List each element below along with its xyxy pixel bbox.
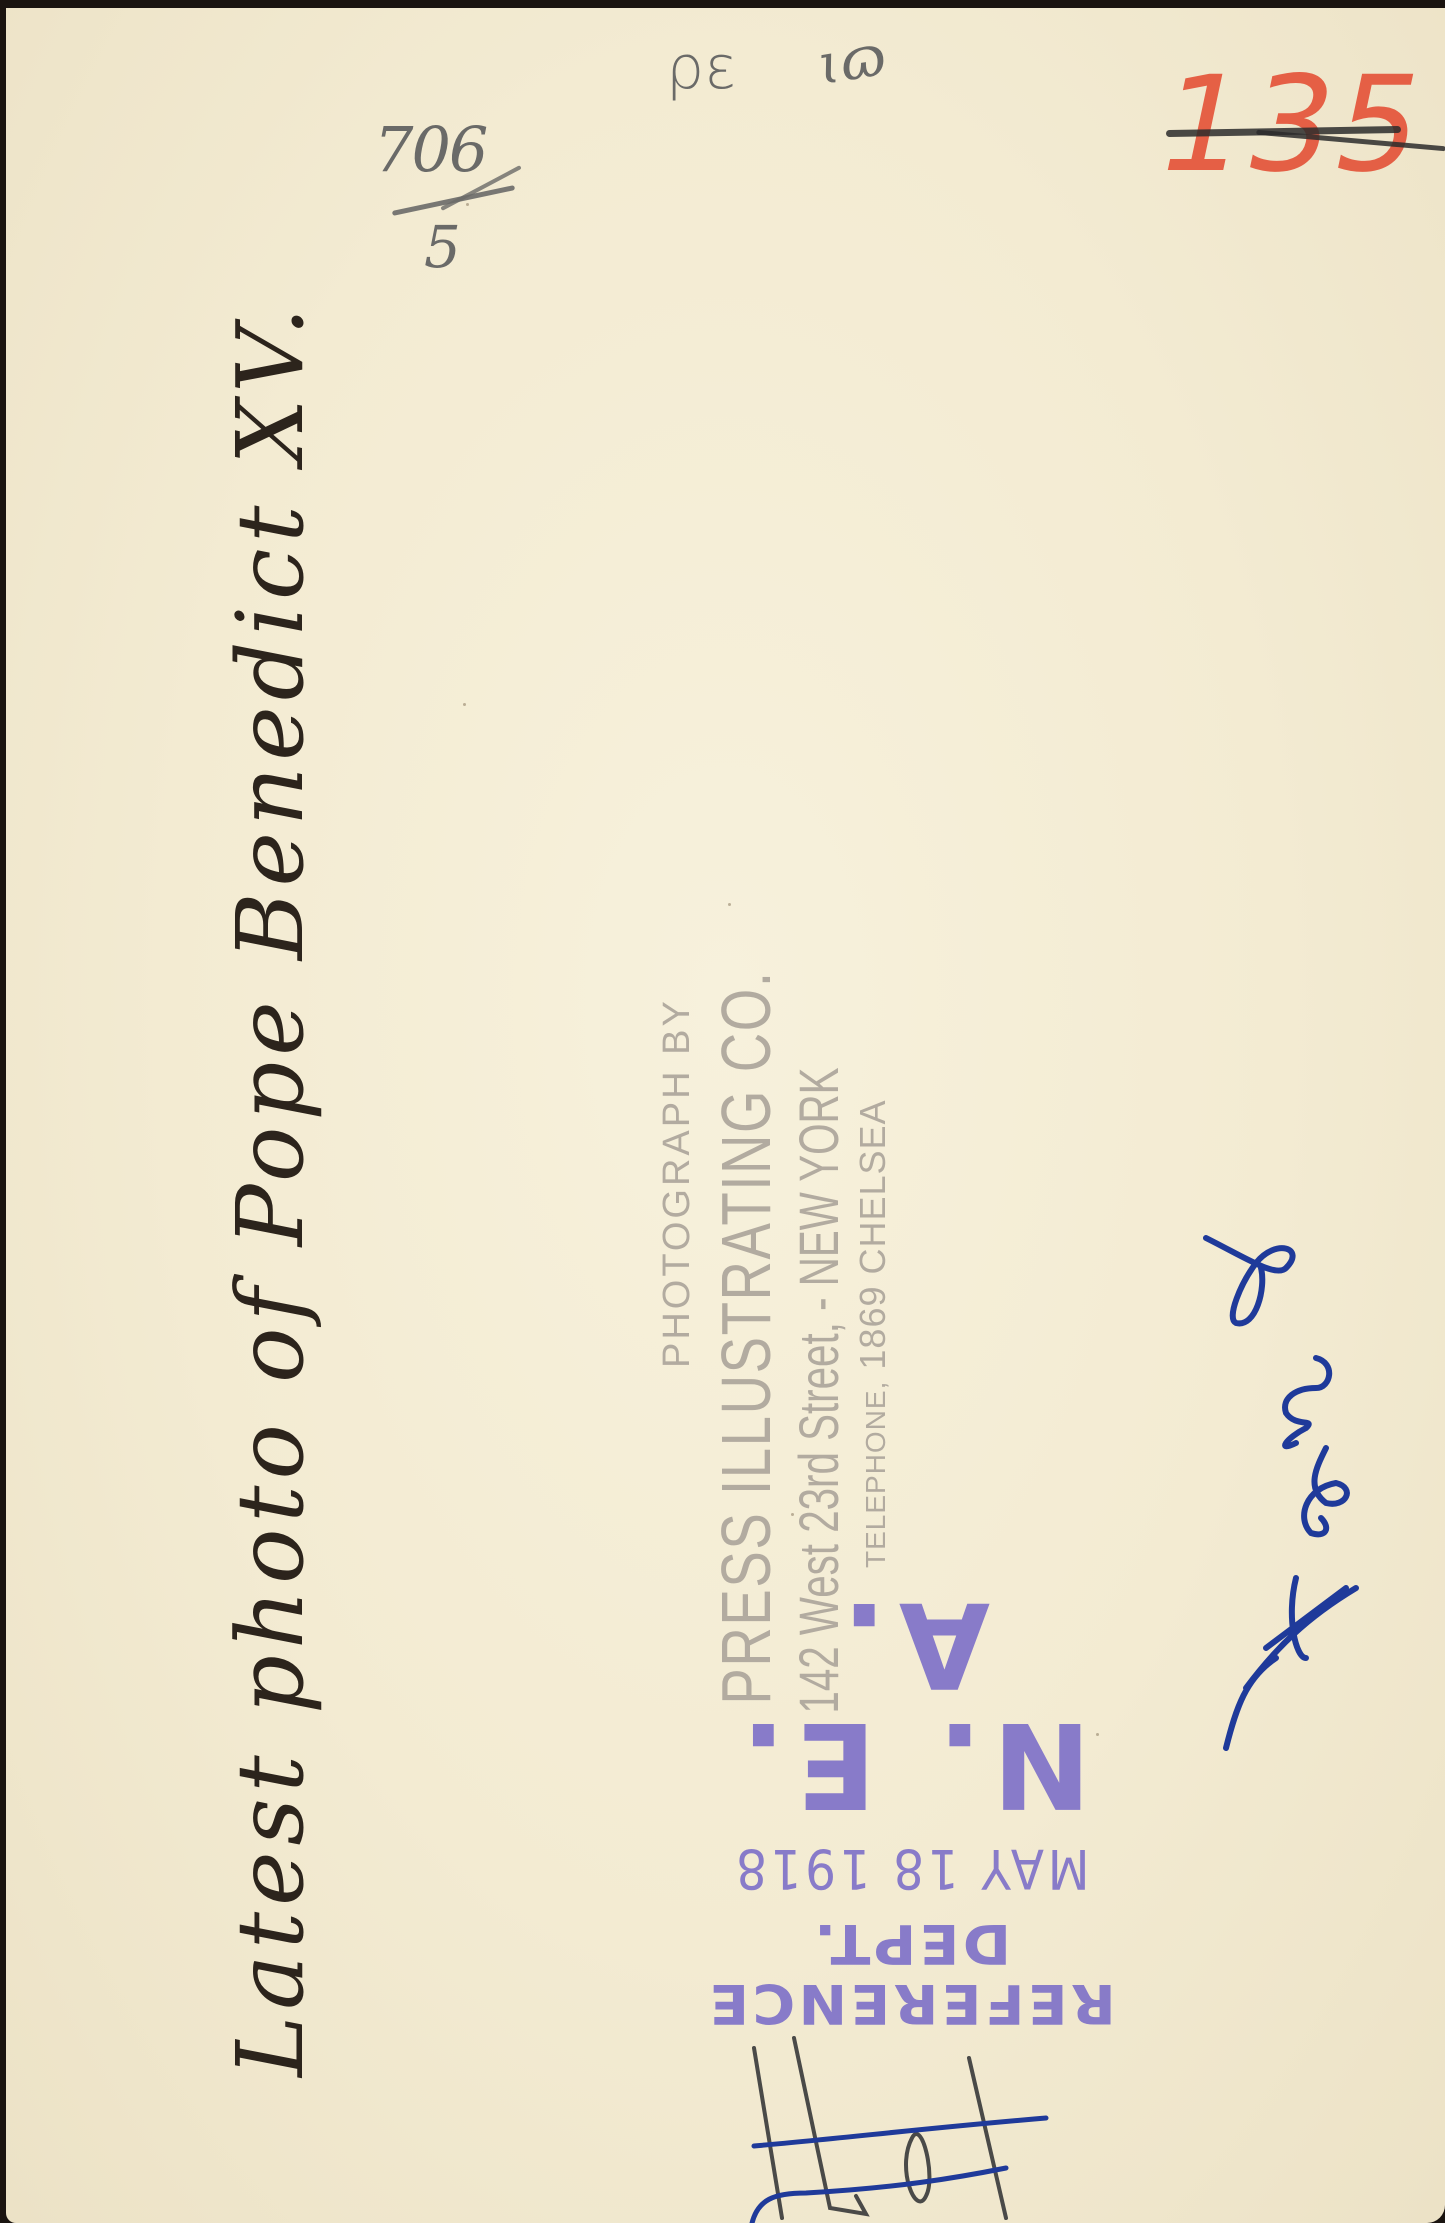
stamp-telephone-number: 1869 CHELSEA [852, 1099, 893, 1369]
stamp-telephone-label: Telephone, [860, 1381, 891, 1568]
paper-speck [466, 203, 469, 206]
photographer-stamp: PHOTOGRAPH BY PRESS ILLUSTRATING CO. 142… [656, 628, 956, 1728]
pencil-pe-mark: PEρε [666, 33, 737, 103]
stamp-reference-dept: REFERENCE DEPT. [625, 1913, 1197, 2033]
stamp-telephone: Telephone, 1869 CHELSEA [852, 628, 902, 1728]
photo-back-card: 706 5 PEρε ɩɷ 135 Latest photo of Pope B… [6, 8, 1445, 2223]
stamp-photograph-by: PHOTOGRAPH BY [656, 628, 706, 1668]
pencil-number-5: 5 [424, 213, 461, 281]
handwritten-caption: Latest photo of Pope Benedict XV. [225, 189, 317, 2189]
red-crayon-number: 135 [1145, 48, 1442, 202]
stamp-agency: N. E. A. [646, 1585, 1176, 1825]
paper-speck [463, 703, 466, 706]
nea-reference-stamp: REFERENCE DEPT. MAY 18 1918 N. E. A. [646, 1733, 1176, 2033]
stamp-date: MAY 18 1918 [673, 1833, 1150, 1903]
blue-ink-marks-icon [1186, 1218, 1366, 1778]
pencil-squiggle-mark: ɩɷ [813, 23, 891, 99]
tally-mark-icon [726, 2018, 1126, 2223]
pencil-number-706: 706 [374, 113, 486, 186]
